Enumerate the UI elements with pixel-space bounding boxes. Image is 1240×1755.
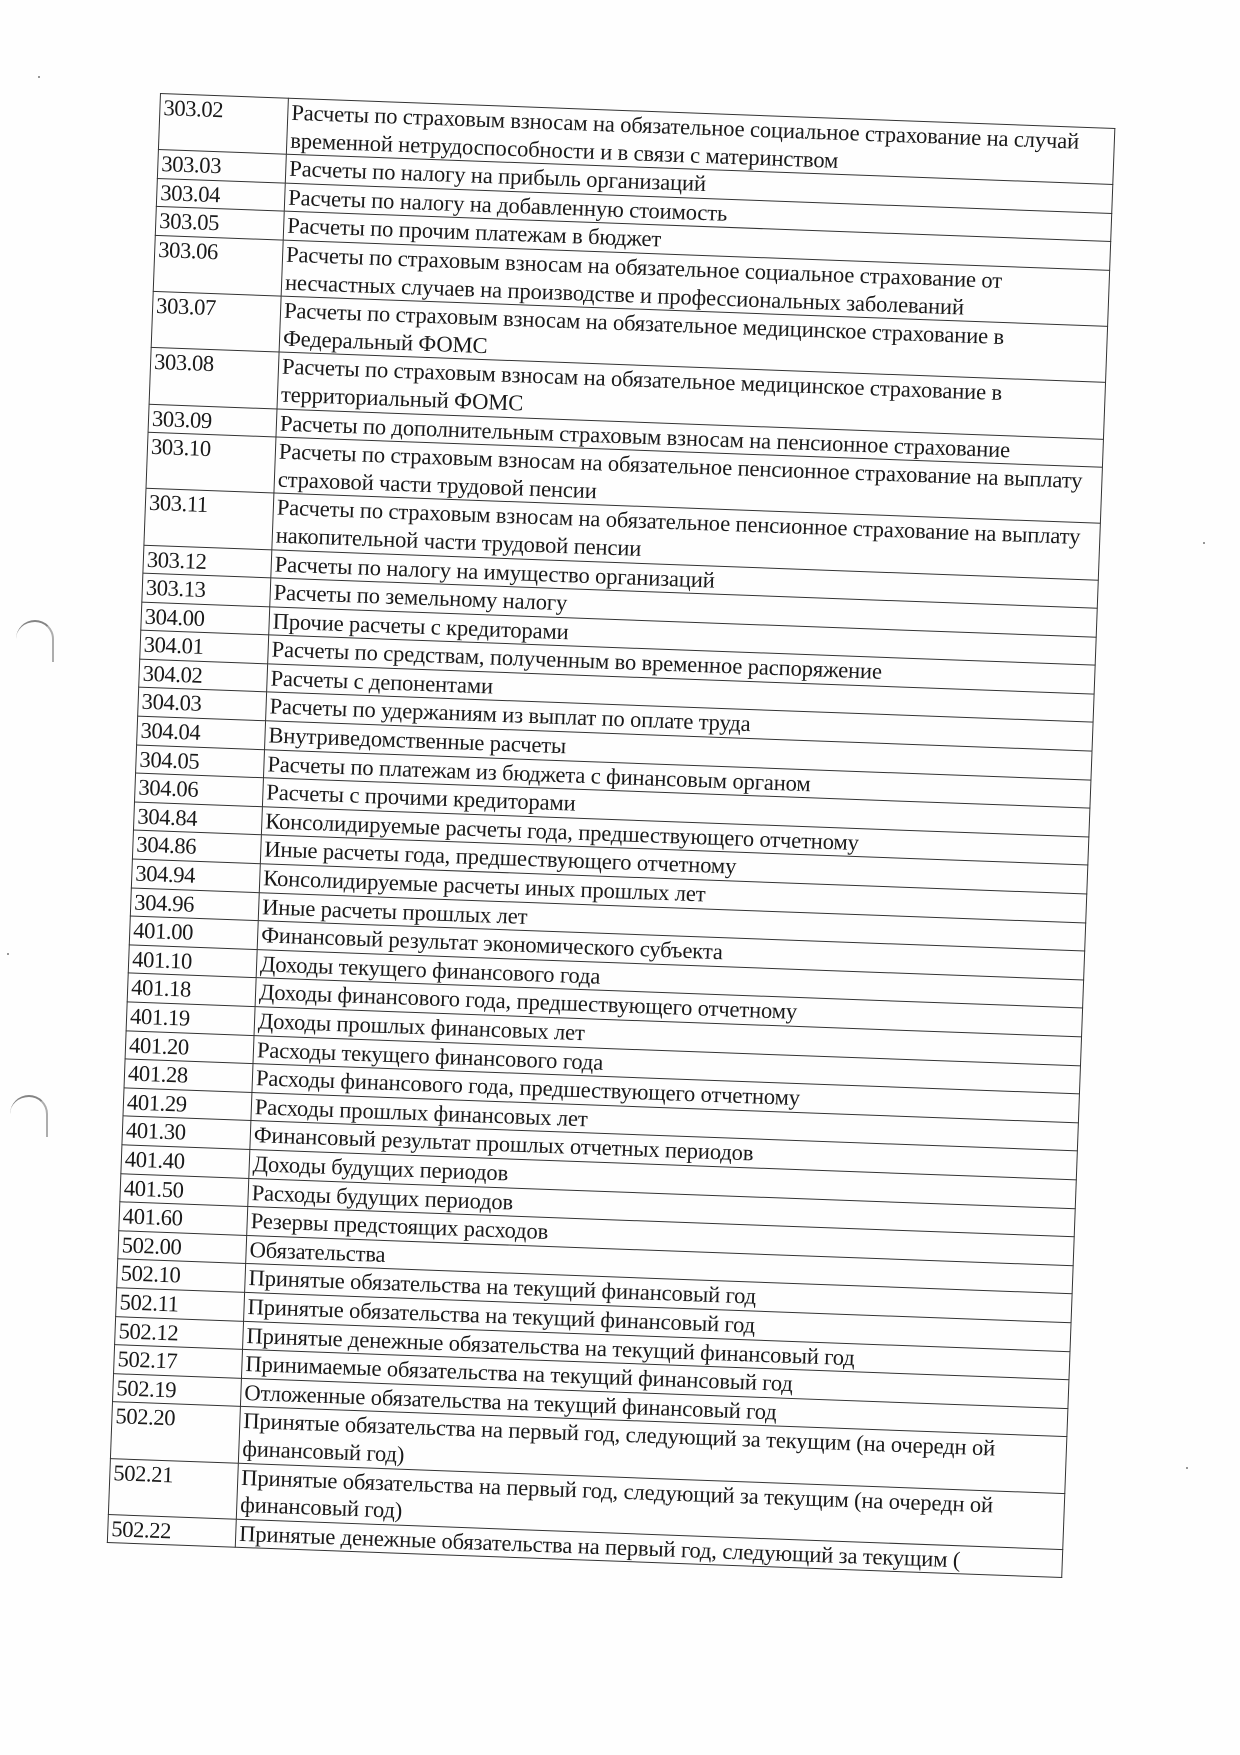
scan-speck: [7, 953, 9, 955]
account-code: 401.18: [127, 973, 256, 1006]
account-code: 303.07: [151, 292, 281, 353]
account-code: 303.03: [157, 150, 286, 183]
account-code: 401.28: [124, 1059, 253, 1092]
account-code: 304.05: [136, 745, 265, 778]
account-code: 303.13: [142, 573, 271, 606]
account-code: 502.21: [108, 1458, 238, 1519]
account-code: 502.00: [118, 1231, 247, 1264]
account-code: 401.30: [122, 1116, 251, 1149]
account-code: 401.10: [128, 945, 257, 978]
account-code: 303.12: [143, 545, 272, 578]
account-code: 401.20: [125, 1030, 254, 1063]
scan-speck: [38, 76, 40, 78]
account-code: 401.29: [123, 1088, 252, 1121]
account-code: 502.12: [115, 1316, 244, 1349]
account-code: 304.86: [132, 830, 261, 863]
scanned-page: 303.02Расчеты по страховым взносам на об…: [0, 0, 1240, 1755]
account-code: 304.02: [139, 659, 268, 692]
account-code: 502.11: [116, 1288, 245, 1321]
accounts-table: 303.02Расчеты по страховым взносам на об…: [107, 93, 1116, 1578]
account-code: 401.00: [129, 916, 258, 949]
account-code: 303.04: [156, 178, 285, 211]
accounts-table-body: 303.02Расчеты по страховым взносам на об…: [107, 94, 1115, 1578]
account-code: 401.50: [120, 1173, 249, 1206]
account-code: 304.00: [141, 602, 270, 635]
scan-speck: [1186, 1467, 1188, 1469]
account-code: 304.01: [140, 630, 269, 663]
account-code: 304.84: [133, 802, 262, 835]
account-code: 502.17: [114, 1345, 243, 1378]
account-code: 502.22: [107, 1514, 236, 1547]
account-code: 303.06: [153, 235, 283, 296]
accounts-table-container: 303.02Расчеты по страховым взносам на об…: [107, 93, 1115, 1578]
account-code: 304.94: [131, 859, 260, 892]
account-code: 304.96: [130, 888, 259, 921]
account-code: 303.09: [148, 404, 277, 437]
punch-hole-mark-bottom: [10, 1095, 48, 1137]
account-code: 502.10: [117, 1259, 246, 1292]
account-code: 304.06: [135, 773, 264, 806]
punch-hole-mark-top: [16, 620, 54, 662]
account-code: 303.11: [144, 489, 274, 550]
scan-speck: [1203, 542, 1205, 544]
account-code: 303.05: [155, 207, 284, 240]
account-code: 401.40: [121, 1145, 250, 1178]
account-code: 303.08: [149, 348, 279, 409]
account-code: 502.20: [110, 1402, 240, 1463]
account-code: 303.10: [146, 432, 276, 493]
account-code: 303.02: [158, 94, 288, 155]
account-code: 401.19: [126, 1002, 255, 1035]
account-code: 502.19: [113, 1373, 242, 1406]
account-code: 304.04: [137, 716, 266, 749]
account-code: 401.60: [119, 1202, 248, 1235]
account-code: 304.03: [138, 688, 267, 721]
